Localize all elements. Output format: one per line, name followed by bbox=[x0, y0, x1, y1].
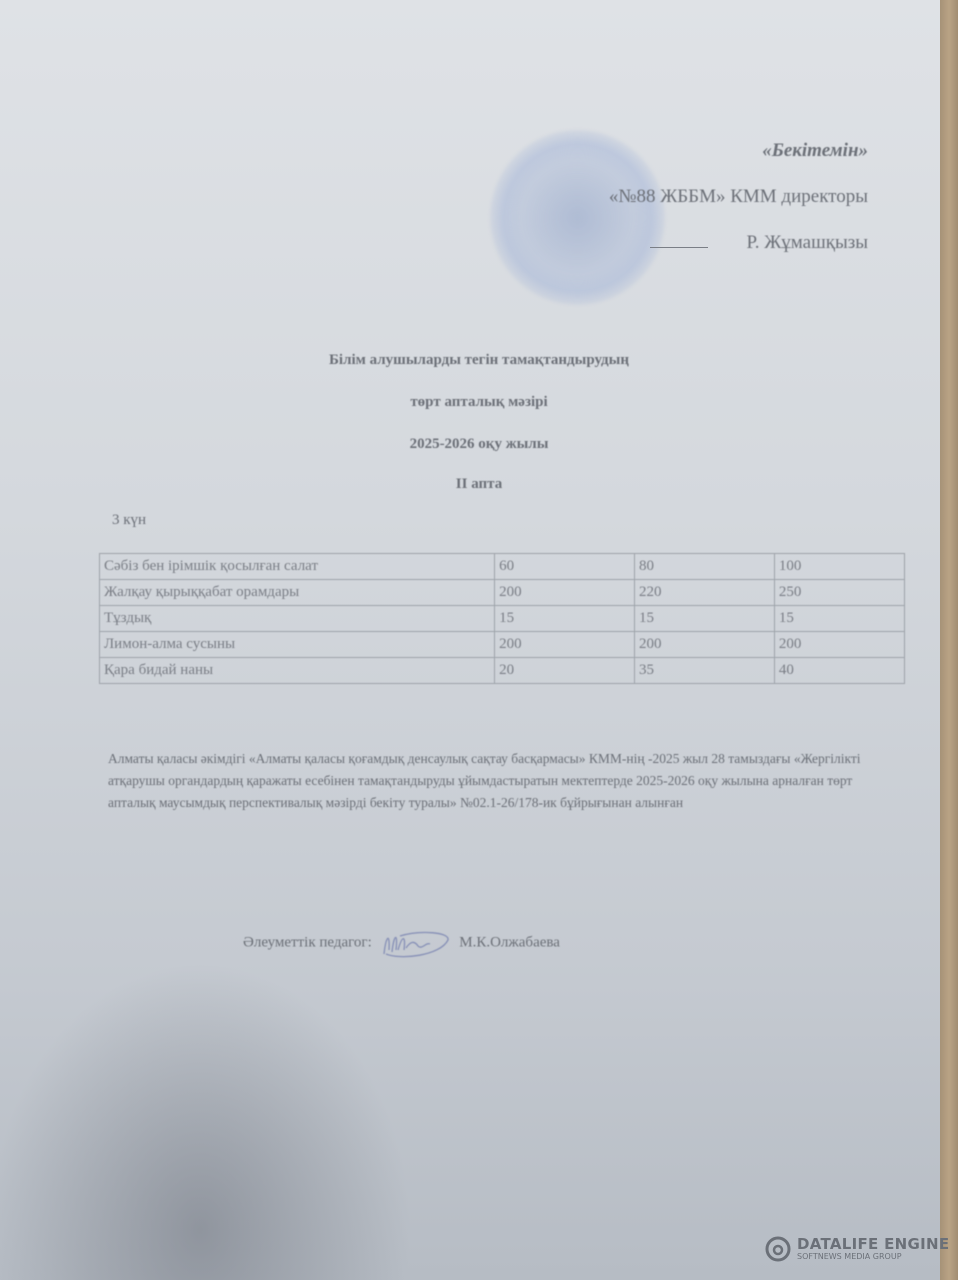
approval-heading: «Бекітемін» bbox=[609, 128, 868, 174]
table-row: Лимон-алма сусыны200200200 bbox=[100, 632, 905, 658]
document-title-week: II апта bbox=[0, 476, 958, 493]
approval-block: «Бекітемін» «№88 ЖББМ» КММ директоры Р. … bbox=[609, 128, 868, 266]
document-title-line2: төрт апталық мәзірі bbox=[0, 394, 958, 411]
portion-cell-1: 20 bbox=[495, 658, 635, 684]
signature-block: Әлеуметтік педагог: М.К.Олжабаева bbox=[243, 928, 560, 958]
source-note: Алматы қаласы әкімдігі «Алматы қаласы қо… bbox=[108, 748, 888, 814]
table-row: Қара бидай наны203540 bbox=[100, 658, 905, 684]
table-row: Сәбіз бен ірімшік қосылған салат6080100 bbox=[100, 554, 905, 580]
portion-cell-1: 15 bbox=[495, 606, 635, 632]
portion-cell-2: 35 bbox=[634, 658, 774, 684]
portion-cell-3: 15 bbox=[774, 606, 904, 632]
portion-cell-3: 200 bbox=[774, 632, 904, 658]
portion-cell-3: 250 bbox=[774, 580, 904, 606]
portion-cell-1: 60 bbox=[495, 554, 635, 580]
menu-table: Сәбіз бен ірімшік қосылған салат6080100Ж… bbox=[99, 553, 905, 684]
portion-cell-2: 220 bbox=[634, 580, 774, 606]
approval-director: Р. Жұмашқызы bbox=[609, 220, 868, 266]
portion-cell-2: 200 bbox=[634, 632, 774, 658]
dish-cell: Қара бидай наны bbox=[100, 658, 495, 684]
portion-cell-3: 40 bbox=[774, 658, 904, 684]
signature-name: М.К.Олжабаева bbox=[459, 934, 560, 950]
dish-cell: Сәбіз бен ірімшік қосылған салат bbox=[100, 554, 495, 580]
watermark-subtitle: SOFTNEWS MEDIA GROUP bbox=[797, 1252, 949, 1262]
table-edge bbox=[940, 0, 958, 1280]
table-row: Тұздық151515 bbox=[100, 606, 905, 632]
dish-cell: Лимон-алма сусыны bbox=[100, 632, 495, 658]
portion-cell-2: 80 bbox=[634, 554, 774, 580]
document-title-line1: Білім алушыларды тегін тамақтандырудың bbox=[0, 352, 958, 369]
table-row: Жалқау қырыққабат орамдары200220250 bbox=[100, 580, 905, 606]
dish-cell: Тұздық bbox=[100, 606, 495, 632]
document-title-year: 2025-2026 оқу жылы bbox=[0, 436, 958, 453]
handwritten-signature-icon bbox=[380, 928, 452, 958]
portion-cell-2: 15 bbox=[634, 606, 774, 632]
portion-cell-3: 100 bbox=[774, 554, 904, 580]
portion-cell-1: 200 bbox=[495, 580, 635, 606]
approval-organization: «№88 ЖББМ» КММ директоры bbox=[609, 174, 868, 220]
dish-cell: Жалқау қырыққабат орамдары bbox=[100, 580, 495, 606]
watermark-brand: DATALIFE ENGINE bbox=[797, 1237, 949, 1252]
day-label: 3 күн bbox=[112, 512, 146, 529]
signature-role: Әлеуметтік педагог: bbox=[243, 934, 372, 950]
watermark-logo: DATALIFE ENGINE SOFTNEWS MEDIA GROUP bbox=[765, 1236, 949, 1262]
portion-cell-1: 200 bbox=[495, 632, 635, 658]
datalife-logo-icon bbox=[765, 1236, 791, 1262]
